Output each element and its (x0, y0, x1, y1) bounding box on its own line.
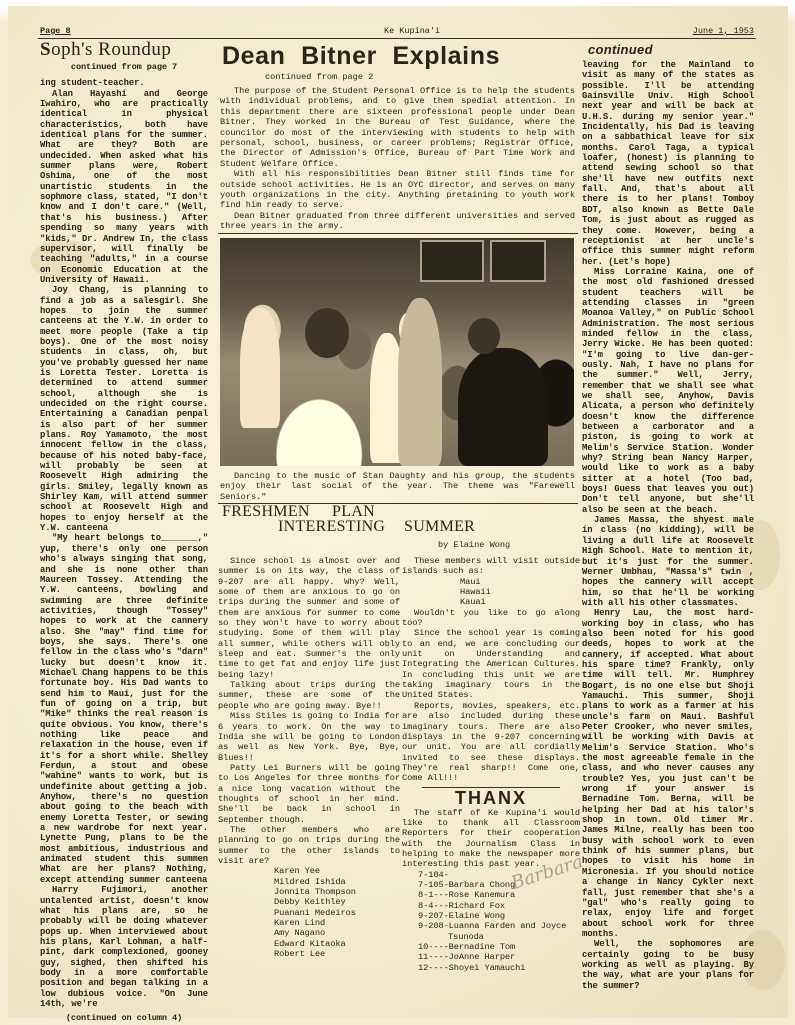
article-paragraph: The other members who are planning to go… (218, 825, 400, 866)
island-name: Hawaii (460, 587, 580, 597)
article-paragraph: With all his responsibilities Dean Bitne… (220, 169, 575, 211)
continued-from-label: continued from page 7 (40, 62, 208, 72)
byline: by Elaine Wong (438, 540, 510, 550)
continued-headline: continued (588, 42, 754, 58)
photo-caption: Dancing to the music of Stan Daughty and… (220, 471, 575, 502)
photo-figure (458, 348, 548, 466)
photo-window (490, 240, 546, 282)
traveler-name: Debby Keithley (274, 897, 400, 907)
divider (218, 233, 578, 234)
continued-from-label: continued from page 2 (265, 72, 373, 82)
masthead: Page 8 Ke Kupina'i June 1, 1953 (38, 24, 756, 39)
article-paragraph: Reports, movies, speakers, etc. are also… (402, 701, 580, 784)
credit-line: 10----Bernadine Tom (418, 942, 580, 952)
article-paragraph: Dean Bitner graduated from three differe… (220, 211, 575, 232)
dance-photo (220, 238, 574, 466)
article-paragraph: Alan Hayashi and George Iwahiro, who are… (40, 89, 208, 286)
freshmen-article-col-b: These members will visit outside islands… (402, 556, 580, 973)
traveler-name: Jonnita Thompson (274, 887, 400, 897)
traveler-name: Edward Kitaoka (274, 939, 400, 949)
article-paragraph: ing student-teacher. (40, 78, 208, 88)
continued-on-label: (continued on column 4) (40, 1013, 208, 1023)
dean-bitner-headline: Dean Bitner Explains (222, 42, 500, 71)
photo-figure (468, 318, 500, 354)
credit-line: 8-4---Richard Fox (418, 901, 580, 911)
article-paragraph: Patty Lei Burners will be going to Los A… (218, 763, 400, 825)
photo-figure (398, 298, 442, 466)
article-paragraph: "My heart belongs to_______," yup, there… (40, 533, 208, 885)
island-name: Maui (460, 577, 580, 587)
article-paragraph: Talking about trips during the summer, t… (218, 680, 400, 711)
article-paragraph: Since school is almost over and summer i… (218, 556, 400, 680)
freshmen-headline-line3: SUMMER (404, 518, 475, 536)
sophs-roundup-article: Soph's Roundup continued from page 7 ing… (40, 40, 208, 1024)
freshmen-article-col-a: Since school is almost over and summer i… (218, 556, 400, 959)
article-paragraph: Miss Stiles is going to India for 6 year… (218, 711, 400, 763)
island-list: Maui Hawaii Kauai (402, 577, 580, 608)
thanx-headline: THANX (402, 789, 580, 808)
sophs-roundup-headline: Soph's Roundup (40, 40, 208, 60)
article-paragraph: Henry Lau, the most hard-working boy in … (582, 608, 754, 939)
credit-line: Tsunoda (418, 932, 580, 942)
traveler-list: Karen Yee Mildred Ishida Jonnita Thompso… (218, 866, 400, 959)
issue-date: June 1, 1953 (693, 26, 754, 36)
article-paragraph: James Massa, the shyest male in class (n… (582, 515, 754, 608)
photo-figure (305, 308, 349, 358)
credit-line: 7-105-Barbara Chong (418, 880, 580, 890)
traveler-name: Robert Lee (274, 949, 400, 959)
article-paragraph: Harry Fujimori, another untalented artis… (40, 885, 208, 1009)
article-paragraph: leaving for the Mainland to visit as man… (582, 60, 754, 267)
article-paragraph: These members will visit outside islands… (402, 556, 580, 577)
island-name: Kauai (460, 597, 580, 607)
credit-line: 9-207-Elaine Wong (418, 911, 580, 921)
traveler-name: Amy Nagano (274, 928, 400, 938)
credit-line: 11----JoAnne Harper (418, 952, 580, 962)
page-number: Page 8 (40, 26, 71, 36)
traveler-name: Karen Yee (274, 866, 400, 876)
photo-figure (240, 308, 280, 428)
traveler-name: Puanani Medeiros (274, 908, 400, 918)
reporter-credit-list: 7-104- 7-105-Barbara Chong 8-1---Rose Ka… (402, 870, 580, 973)
credit-line: 8-1---Rose Kanemura (418, 890, 580, 900)
credit-line: 12----Shoyei Yamauchi (418, 963, 580, 973)
freshmen-headline-line2: INTERESTING (278, 518, 385, 536)
article-paragraph: The purpose of the Student Personal Offi… (220, 86, 575, 169)
article-paragraph: Well, the sophomores are certainly going… (582, 939, 754, 991)
dean-bitner-article: The purpose of the Student Personal Offi… (220, 86, 575, 232)
traveler-name: Mildred Ishida (274, 877, 400, 887)
article-paragraph: Miss Lorraine Kaina, one of the most old… (582, 267, 754, 515)
article-paragraph: Since the school year is coming to an en… (402, 628, 580, 700)
credit-line: 9-208-Luanna Farden and Joyce (418, 921, 580, 931)
article-paragraph: Joy Chang, is planning to find a job as … (40, 285, 208, 533)
article-paragraph: Wouldn't you like to go along too? (402, 608, 580, 629)
photo-window (420, 240, 484, 282)
paper-name: Ke Kupina'i (384, 26, 440, 36)
continued-column: continued leaving for the Mainland to vi… (582, 40, 754, 991)
traveler-name: Karen Lind (274, 918, 400, 928)
